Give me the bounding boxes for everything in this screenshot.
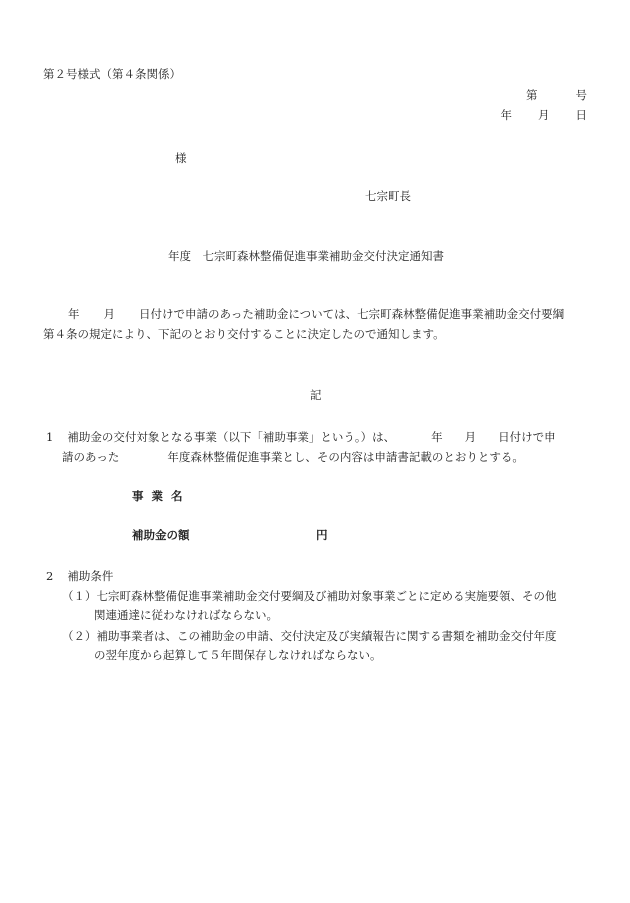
issuer: 七宗町長 (365, 188, 411, 204)
section-1-month: 月 (465, 430, 477, 444)
condition-2-text: 補助事業者は、この補助金の申請、交付決定及び実績報告に関する書類を補助金交付年度 (97, 629, 557, 643)
intro-paragraph-line-1: 年月日付けで申請のあった補助金については、七宗町森林整備促進事業補助金交付要綱 (68, 306, 564, 322)
condition-2-line-1: （２）補助事業者は、この補助金の申請、交付決定及び実績報告に関する書類を補助金交… (62, 628, 557, 644)
section-1-year: 年 (431, 430, 443, 444)
condition-1-line-1: （１）七宗町森林整備促進事業補助金交付要綱及び補助対象事業ごとに定める実施要領、… (62, 588, 557, 604)
section-1-line-1: 1補助金の交付対象となる事業（以下「補助事業」という。）は、年月日付けで申 (46, 429, 556, 445)
intro-month: 月 (104, 307, 116, 321)
condition-2-marker: （２） (62, 629, 97, 643)
section-1-text: 補助金の交付対象となる事業（以下「補助事業」という。）は、 (67, 430, 395, 444)
intro-rest: 日付けで申請のあった補助金については、七宗町森林整備促進事業補助金交付要綱 (139, 307, 564, 321)
section-1-line2-tail: 年度森林整備促進事業とし、その内容は申請書記載のとおりとする。 (167, 450, 524, 464)
project-name-label: 事業名 (132, 488, 191, 504)
intro-paragraph-line-2: 第４条の規定により、下記のとおり交付することに決定したので通知します。 (43, 326, 445, 342)
section-2-heading: 2補助条件 (46, 568, 113, 584)
document-date: 年月日 (501, 107, 588, 123)
condition-1-marker: （１） (62, 589, 97, 603)
subsidy-amount-label: 補助金の額 (132, 527, 190, 543)
condition-2-line-2: の翌年度から起算して５年間保存しなければならない。 (94, 647, 382, 663)
condition-1-text: 七宗町森林整備促進事業補助金交付要綱及び補助対象事業ごとに定める実施要領、その他 (97, 589, 557, 603)
condition-1-line-2: 関連通達に従わなければならない。 (94, 607, 278, 623)
date-year: 年 (501, 108, 513, 122)
amount-unit: 円 (316, 527, 328, 543)
document-title: 年度 七宗町森林整備促進事業補助金交付決定通知書 (168, 248, 444, 264)
date-month: 月 (538, 108, 550, 122)
doc-number-suffix: 号 (576, 88, 588, 102)
addressee: 様 (175, 150, 187, 166)
section-2-number: 2 (46, 569, 53, 583)
intro-year: 年 (68, 307, 80, 321)
doc-number-prefix: 第 (526, 88, 538, 102)
ki-heading: 記 (310, 387, 322, 403)
section-1-line2-head: 請のあった (62, 450, 119, 464)
section-1-line-2: 請のあった年度森林整備促進事業とし、その内容は申請書記載のとおりとする。 (62, 449, 524, 465)
section-1-tail: 日付けで申 (498, 430, 556, 444)
date-day: 日 (576, 108, 588, 122)
section-2-title: 補助条件 (67, 569, 113, 583)
document-number: 第号 (526, 87, 587, 103)
section-1-number: 1 (46, 430, 53, 444)
form-id: 第２号様式（第４条関係） (43, 66, 181, 82)
